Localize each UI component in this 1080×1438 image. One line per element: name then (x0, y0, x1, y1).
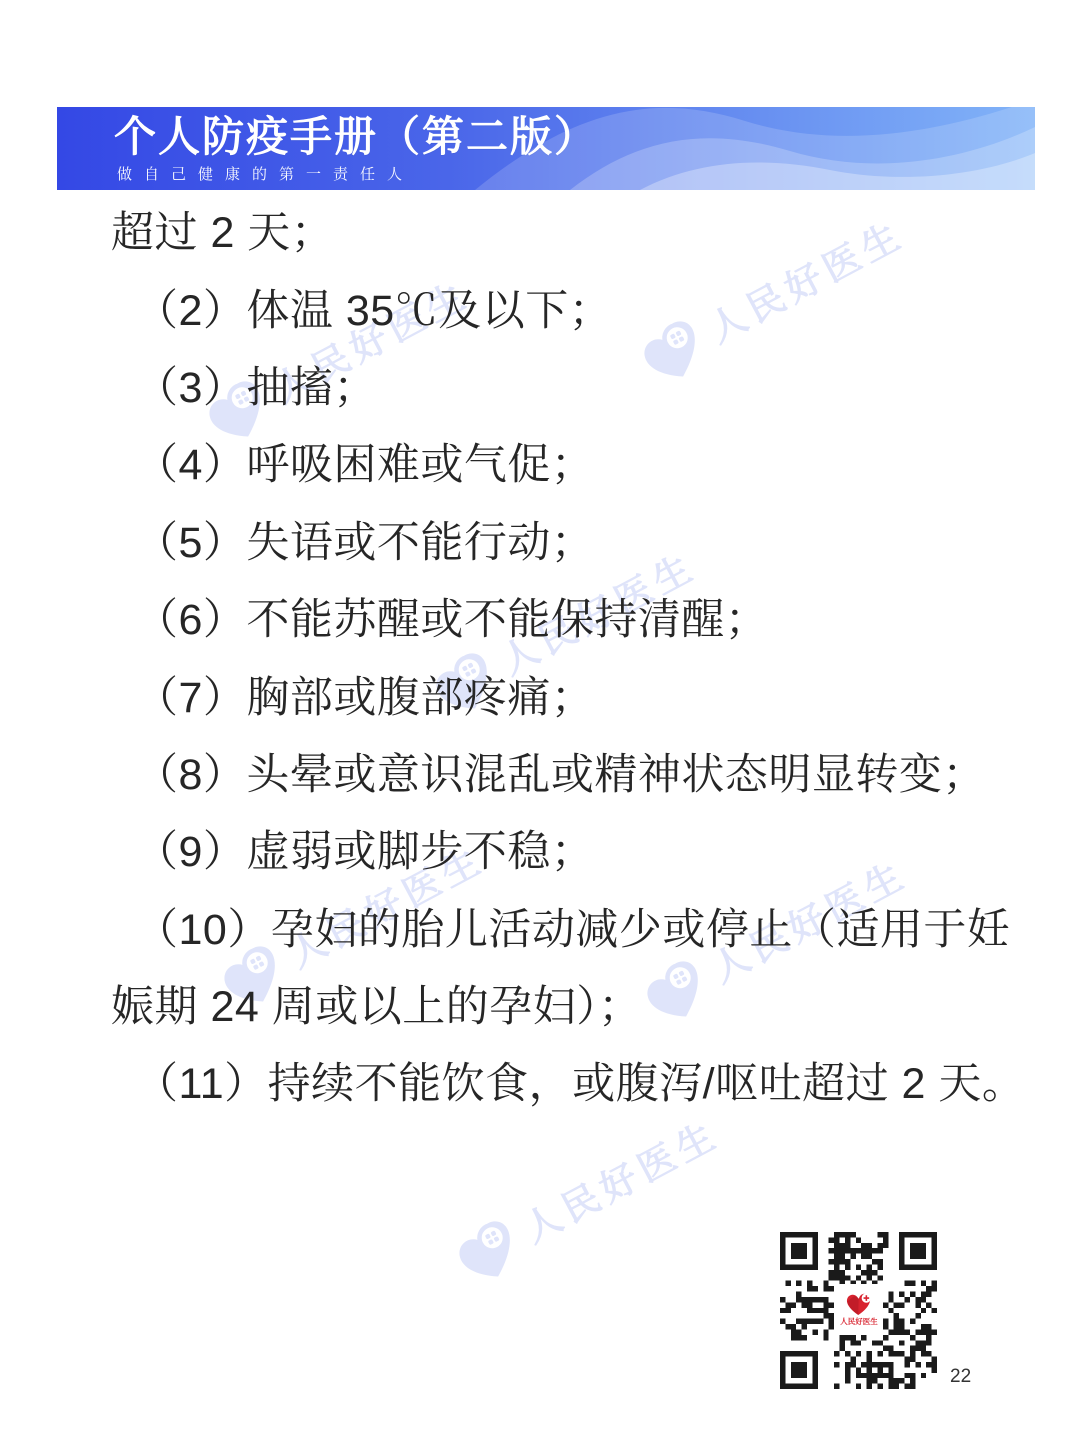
body-line: （7）胸部或腹部疼痛； (111, 655, 1041, 732)
qr-logo-label: 人民好医生 (840, 1318, 878, 1326)
body-line: （6）不能苏醒或不能保持清醒； (111, 578, 1041, 655)
body-line: （2）体温 35℃及以下； (111, 268, 1041, 345)
watermark-text: 人民好医生 (512, 1105, 727, 1254)
qr-code: 人民好医生 (780, 1232, 937, 1389)
body-line: （8）头晕或意识混乱或精神状态明显转变； (111, 733, 1041, 810)
body-line: （3）抽搐； (111, 346, 1041, 423)
heart-pin-icon (443, 1205, 532, 1294)
body-line: （4）呼吸困难或气促； (111, 423, 1041, 500)
body-text: 超过 2 天；（2）体温 35℃及以下；（3）抽搐；（4）呼吸困难或气促；（5）… (111, 191, 1041, 1120)
page-number: 22 (950, 1366, 971, 1388)
body-line: （10）孕妇的胎儿活动减少或停止（适用于妊 (111, 888, 1041, 965)
qr-center-logo: 人民好医生 (835, 1284, 883, 1334)
watermark: 人民好医生 (443, 1099, 731, 1294)
body-line: 娠期 24 周或以上的孕妇）； (111, 965, 1041, 1042)
body-line: （5）失语或不能行动； (111, 501, 1041, 578)
body-line: （9）虚弱或脚步不稳； (111, 810, 1041, 887)
page-title: 个人防疫手册（第二版） (114, 114, 1035, 159)
header-banner: 个人防疫手册（第二版） 做自己健康的第一责任人 (57, 107, 1035, 190)
body-line: 超过 2 天； (111, 191, 1041, 268)
body-line: （11）持续不能饮食，或腹泻/呕吐超过 2 天。 (111, 1042, 1041, 1119)
heart-logo-icon (845, 1292, 873, 1317)
document-page: 个人防疫手册（第二版） 做自己健康的第一责任人 人民好医生人民好医生人民好医生人… (0, 0, 1080, 1438)
page-subtitle: 做自己健康的第一责任人 (117, 163, 1035, 184)
